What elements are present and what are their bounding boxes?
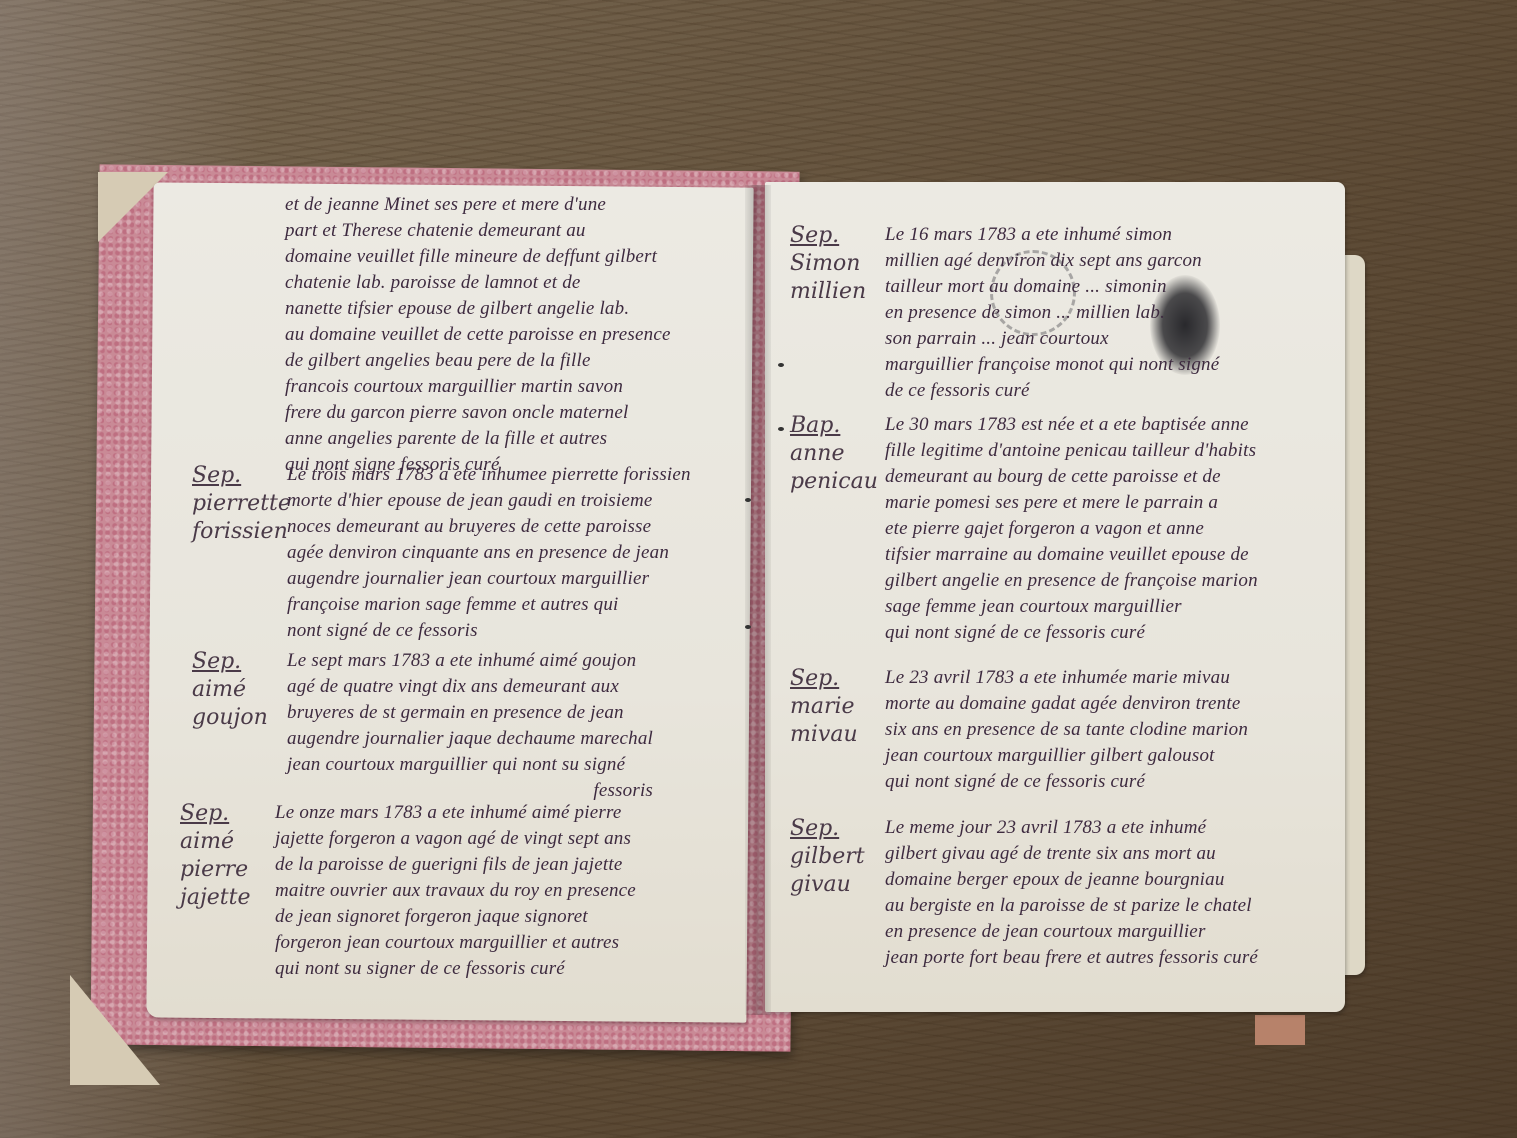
- text-line: fille legitime d'antoine penicau tailleu…: [885, 438, 1258, 464]
- text-line: demeurant au bourg de cette paroisse et …: [885, 464, 1258, 490]
- text-line: gilbert givau agé de trente six ans mort…: [885, 841, 1258, 867]
- entry-text: Le 30 mars 1783 est née et a ete baptisé…: [885, 412, 1258, 646]
- text-line: françoise marion sage femme et autres qu…: [287, 592, 691, 618]
- text-line: son parrain ... jean courtoux: [885, 326, 1219, 352]
- text-line: anne angelies parente de la fille et aut…: [285, 426, 671, 452]
- binding-hole: [778, 363, 784, 367]
- text-line: jajette forgeron a vagon agé de vingt se…: [275, 826, 636, 852]
- entry-margin-note: Sep. gilbert givau: [790, 815, 885, 971]
- text-line: de gilbert angelies beau pere de la fill…: [285, 348, 671, 374]
- binding-hole: [778, 427, 784, 431]
- text-line: Le onze mars 1783 a ete inhumé aimé pier…: [275, 800, 636, 826]
- text-line: maitre ouvrier aux travaux du roy en pre…: [275, 878, 636, 904]
- text-line: ete pierre gajet forgeron a vagon et ann…: [885, 516, 1258, 542]
- text-line: gilbert angelie en presence de françoise…: [885, 568, 1258, 594]
- entry-text: Le sept mars 1783 a ete inhumé aimé gouj…: [287, 648, 653, 804]
- entry-name: aimé: [180, 828, 275, 856]
- text-line: tifsier marraine au domaine veuillet epo…: [885, 542, 1258, 568]
- entry-text: Le trois mars 1783 a ete inhumee pierret…: [287, 462, 691, 644]
- entry-text: Le 16 mars 1783 a ete inhumé simon milli…: [885, 222, 1219, 404]
- text-line: morte d'hier epouse de jean gaudi en tro…: [287, 488, 691, 514]
- text-line: six ans en presence de sa tante clodine …: [885, 717, 1248, 743]
- register-entry: Sep. gilbert givau Le meme jour 23 avril…: [790, 815, 1258, 971]
- text-line: Le meme jour 23 avril 1783 a ete inhumé: [885, 815, 1258, 841]
- text-line: augendre journalier jean courtoux margui…: [287, 566, 691, 592]
- entry-name: Simon: [790, 250, 885, 278]
- binding-hole: [745, 498, 751, 502]
- binding-hole: [745, 625, 751, 629]
- book-gutter: [745, 185, 771, 1015]
- entry-name: aimé: [192, 676, 287, 704]
- text-line: jean porte fort beau frere et autres fes…: [885, 945, 1258, 971]
- text-line: domaine veuillet fille mineure de deffun…: [285, 244, 671, 270]
- text-line: noces demeurant au bruyeres de cette par…: [287, 514, 691, 540]
- text-line: frere du garcon pierre savon oncle mater…: [285, 400, 671, 426]
- text-line: bruyeres de st germain en presence de je…: [287, 700, 653, 726]
- text-line: de ce fessoris curé: [885, 378, 1219, 404]
- text-line: et de jeanne Minet ses pere et mere d'un…: [285, 192, 671, 218]
- text-line: domaine berger epoux de jeanne bourgniau: [885, 867, 1258, 893]
- text-line: de la paroisse de guerigni fils de jean …: [275, 852, 636, 878]
- entry-name: gilbert: [790, 843, 885, 871]
- entry-name: marie: [790, 693, 885, 721]
- register-entry: Sep. pierrette forissien Le trois mars 1…: [192, 462, 691, 644]
- entry-margin-note: Sep. Simon millien: [790, 222, 885, 404]
- book-spine-edge: [1255, 1015, 1305, 1045]
- text-line: en presence de jean courtoux marguillier: [885, 919, 1258, 945]
- register-entry: Sep. marie mivau Le 23 avril 1783 a ete …: [790, 665, 1248, 795]
- entry-name: pierrette: [192, 490, 287, 518]
- text-line: agé de quatre vingt dix ans demeurant au…: [287, 674, 653, 700]
- entry-type-label: Sep.: [192, 462, 287, 490]
- entry-margin-note: Sep. pierrette forissien: [192, 462, 287, 644]
- text-line: qui nont signé de ce fessoris curé: [885, 620, 1258, 646]
- text-line: forgeron jean courtoux marguillier et au…: [275, 930, 636, 956]
- entry-margin-note: Sep. aimé pierre jajette: [180, 800, 275, 982]
- entry-name: pierre: [180, 856, 275, 884]
- entry-margin-note: Bap. anne penicau: [790, 412, 885, 646]
- text-line: jean courtoux marguillier gilbert galous…: [885, 743, 1248, 769]
- text-line: qui nont signé de ce fessoris curé: [885, 769, 1248, 795]
- left-continuation-entry: et de jeanne Minet ses pere et mere d'un…: [285, 192, 671, 478]
- entry-name: penicau: [790, 468, 885, 496]
- text-line: Le 23 avril 1783 a ete inhumée marie miv…: [885, 665, 1248, 691]
- text-line: en presence de simon ... millien lab.: [885, 300, 1219, 326]
- text-line: nont signé de ce fessoris: [287, 618, 691, 644]
- text-line: qui nont su signer de ce fessoris curé: [275, 956, 636, 982]
- entry-name: mivau: [790, 721, 885, 749]
- text-line: au domaine veuillet de cette paroisse en…: [285, 322, 671, 348]
- register-entry: Sep. aimé pierre jajette Le onze mars 17…: [180, 800, 636, 982]
- text-line: de jean signoret forgeron jaque signoret: [275, 904, 636, 930]
- text-line: Le 16 mars 1783 a ete inhumé simon: [885, 222, 1219, 248]
- text-line: nanette tifsier epouse de gilbert angeli…: [285, 296, 671, 322]
- entry-name: givau: [790, 871, 885, 899]
- text-line: part et Therese chatenie demeurant au: [285, 218, 671, 244]
- text-line: tailleur mort au domaine ... simonin: [885, 274, 1219, 300]
- entry-name: jajette: [180, 884, 275, 912]
- text-line: morte au domaine gadat agée denviron tre…: [885, 691, 1248, 717]
- register-entry: Bap. anne penicau Le 30 mars 1783 est né…: [790, 412, 1258, 646]
- register-entry: Sep. aimé goujon Le sept mars 1783 a ete…: [192, 648, 653, 804]
- text-line: augendre journalier jaque dechaume marec…: [287, 726, 653, 752]
- text-line: francois courtoux marguillier martin sav…: [285, 374, 671, 400]
- entry-name: anne: [790, 440, 885, 468]
- text-line: Le 30 mars 1783 est née et a ete baptisé…: [885, 412, 1258, 438]
- text-line: sage femme jean courtoux marguillier: [885, 594, 1258, 620]
- entry-name: millien: [790, 278, 885, 306]
- register-entry: Sep. Simon millien Le 16 mars 1783 a ete…: [790, 222, 1219, 404]
- entry-type-label: Sep.: [790, 665, 885, 693]
- entry-text: Le meme jour 23 avril 1783 a ete inhumé …: [885, 815, 1258, 971]
- text-line: au bergiste en la paroisse de st parize …: [885, 893, 1258, 919]
- entry-name: forissien: [192, 518, 287, 546]
- entry-margin-note: Sep. marie mivau: [790, 665, 885, 795]
- entry-text: Le onze mars 1783 a ete inhumé aimé pier…: [275, 800, 636, 982]
- entry-type-label: Sep.: [790, 222, 885, 250]
- entry-type-label: Sep.: [192, 648, 287, 676]
- entry-margin-note: Sep. aimé goujon: [192, 648, 287, 804]
- entry-type-label: Bap.: [790, 412, 885, 440]
- text-line: agée denviron cinquante ans en presence …: [287, 540, 691, 566]
- text-line: jean courtoux marguillier qui nont su si…: [287, 752, 653, 778]
- text-line: chatenie lab. paroisse de lamnot et de: [285, 270, 671, 296]
- text-line: marguillier françoise monot qui nont sig…: [885, 352, 1219, 378]
- entry-text: Le 23 avril 1783 a ete inhumée marie miv…: [885, 665, 1248, 795]
- text-line: Le trois mars 1783 a ete inhumee pierret…: [287, 462, 691, 488]
- entry-type-label: Sep.: [180, 800, 275, 828]
- text-line: marie pomesi ses pere et mere le parrain…: [885, 490, 1258, 516]
- entry-type-label: Sep.: [790, 815, 885, 843]
- text-line: millien agé denviron dix sept ans garcon: [885, 248, 1219, 274]
- entry-name: goujon: [192, 704, 287, 732]
- text-line: Le sept mars 1783 a ete inhumé aimé gouj…: [287, 648, 653, 674]
- entry-text: et de jeanne Minet ses pere et mere d'un…: [285, 192, 671, 478]
